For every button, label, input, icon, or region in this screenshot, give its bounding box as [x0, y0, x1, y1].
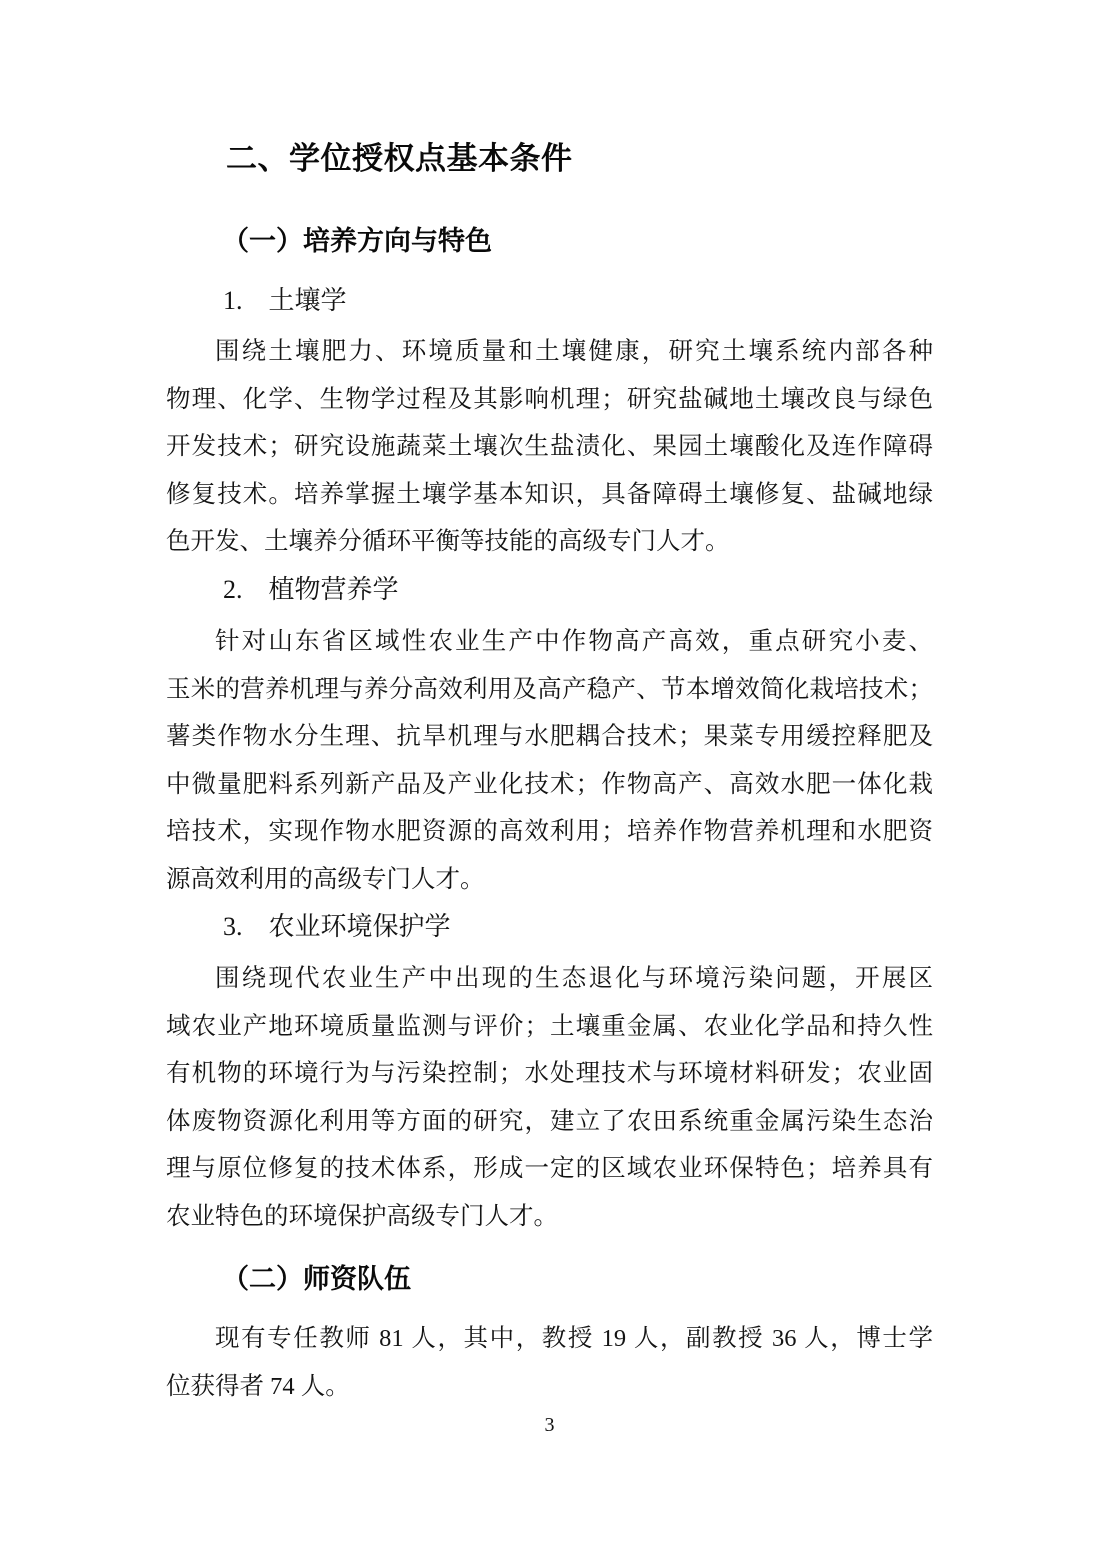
paragraph-line: 理与原位修复的技术体系，形成一定的区域农业环保特色；培养具有: [166, 1145, 933, 1193]
paragraph-line: 体废物资源化利用等方面的研究，建立了农田系统重金属污染生态治: [166, 1098, 933, 1146]
paragraph-line: 色开发、土壤养分循环平衡等技能的高级专门人才。: [166, 518, 933, 566]
subsection-label-soil-science: 1. 土壤学: [166, 285, 933, 317]
section-heading-faculty: （二）师资队伍: [166, 1262, 933, 1296]
paragraph-line: 薯类作物水分生理、抗旱机理与水肥耦合技术；果菜专用缓控释肥及: [166, 713, 933, 761]
paragraph-line: 中微量肥料系列新产品及产业化技术；作物高产、高效水肥一体化栽: [166, 761, 933, 809]
paragraph-line: 围绕土壤肥力、环境质量和土壤健康，研究土壤系统内部各种: [166, 328, 933, 376]
paragraph-line: 开发技术；研究设施蔬菜土壤次生盐渍化、果园土壤酸化及连作障碍: [166, 423, 933, 471]
paragraph-line: 针对山东省区域性农业生产中作物高产高效，重点研究小麦、: [166, 618, 933, 666]
document-page: 二、学位授权点基本条件 （一）培养方向与特色 1. 土壤学 围绕土壤肥力、环境质…: [0, 0, 1102, 1559]
paragraph-line: 农业特色的环境保护高级专门人才。: [166, 1193, 933, 1241]
subsection-label-plant-nutrition: 2. 植物营养学: [166, 574, 933, 606]
paragraph-line: 域农业产地环境质量监测与评价；土壤重金属、农业化学品和持久性: [166, 1003, 933, 1051]
paragraph-line: 有机物的环境行为与污染控制；水处理技术与环境材料研发；农业固: [166, 1050, 933, 1098]
paragraph-line: 物理、化学、生物学过程及其影响机理；研究盐碱地土壤改良与绿色: [166, 376, 933, 424]
paragraph-line: 源高效利用的高级专门人才。: [166, 856, 933, 904]
main-heading: 二、学位授权点基本条件: [166, 140, 933, 178]
paragraph-line: 培技术，实现作物水肥资源的高效利用；培养作物营养机理和水肥资: [166, 808, 933, 856]
paragraph-line: 修复技术。培养掌握土壤学基本知识，具备障碍土壤修复、盐碱地绿: [166, 471, 933, 519]
section-heading-training-directions: （一）培养方向与特色: [166, 224, 933, 258]
paragraph-line: 围绕现代农业生产中出现的生态退化与环境污染问题，开展区: [166, 955, 933, 1003]
paragraph-soil-science: 围绕土壤肥力、环境质量和土壤健康，研究土壤系统内部各种 物理、化学、生物学过程及…: [166, 328, 933, 566]
paragraph-line: 位获得者 74 人。: [166, 1363, 933, 1411]
page-number: 3: [166, 1412, 933, 1438]
paragraph-line: 玉米的营养机理与养分高效利用及高产稳产、节本增效简化栽培技术；: [166, 666, 933, 714]
paragraph-agri-environment-protection: 围绕现代农业生产中出现的生态退化与环境污染问题，开展区 域农业产地环境质量监测与…: [166, 955, 933, 1241]
paragraph-plant-nutrition: 针对山东省区域性农业生产中作物高产高效，重点研究小麦、 玉米的营养机理与养分高效…: [166, 618, 933, 904]
subsection-label-agri-environment-protection: 3. 农业环境保护学: [166, 911, 933, 943]
paragraph-line: 现有专任教师 81 人，其中，教授 19 人，副教授 36 人，博士学: [166, 1315, 933, 1363]
paragraph-faculty: 现有专任教师 81 人，其中，教授 19 人，副教授 36 人，博士学 位获得者…: [166, 1315, 933, 1410]
